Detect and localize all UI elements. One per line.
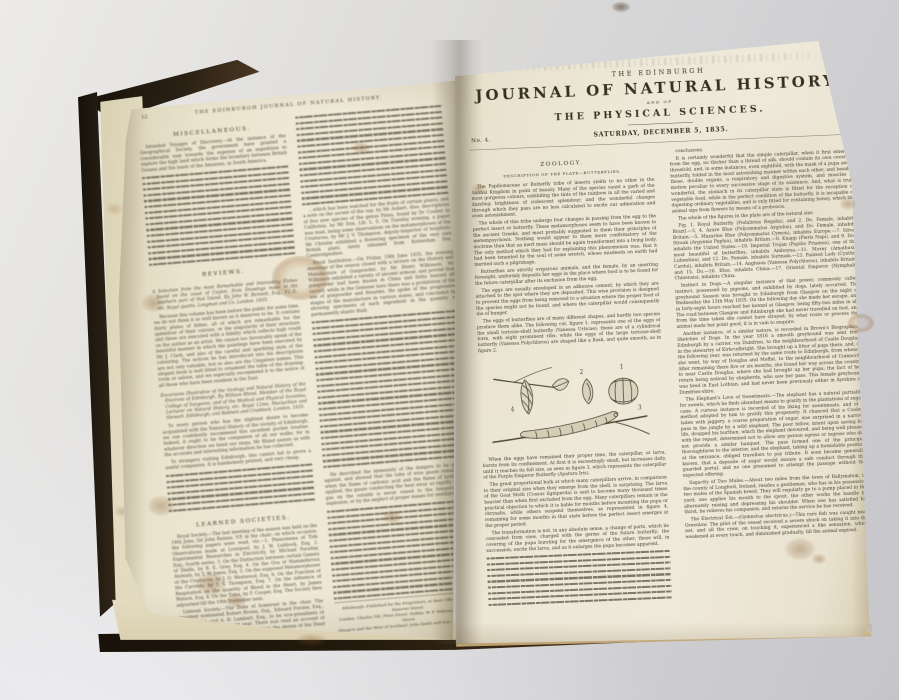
left-page: 12 THE EDINBURGH JOURNAL OF NATURAL HIST… [116,76,458,650]
paragraph: Royal Society.—The last meeting of the s… [171,523,323,609]
illegible-text-block [295,105,448,206]
butterfly-eggs-caterpillar-figure: 4 2 1 3 [484,352,660,452]
paragraph: Because this volume has been before the … [153,303,305,389]
right-page-column-1: ZOOLOGY.DESCRIPTION OF THE PLATE—BUTTERF… [470,150,672,610]
paragraph: The great proportional bulk at which man… [483,475,668,529]
ink-spot [612,2,630,12]
right-page: THE EDINBURGH JOURNAL OF NATURAL HISTORY… [450,36,872,646]
paragraph: The eggs of butterflies are of many diff… [477,312,662,355]
paragraph: Royal Institution.—On Friday, 19th June … [307,249,458,318]
figure-label-1: 1 [619,364,623,371]
photograph-of-open-book: 12 THE EDINBURGH JOURNAL OF NATURAL HIST… [0,0,899,700]
issue-date: SATURDAY, DECEMBER 5, 1835. [593,125,728,138]
paragraph: Fig. 1. Royal Butterfly (Podalirius Rega… [672,216,858,282]
paragraph: Instinct in Dogs.—A singular instance of… [675,276,860,330]
illegible-text-block [142,165,295,266]
paragraph: Another instance, of a similar nature, i… [677,324,863,396]
left-page-content: 12 THE EDINBURGH JOURNAL OF NATURAL HIST… [137,90,484,661]
page-number: 12 [141,114,148,120]
illegible-text-block [166,463,315,515]
left-page-column-2: ...which has been watched for the fruits… [295,103,483,633]
right-page-content: THE EDINBURGH JOURNAL OF NATURAL HISTORY… [466,50,874,640]
issue-number: No. 4. [471,137,491,144]
illegible-text-block [312,310,470,471]
left-page-column-1: MISCELLANEOUS.Intended Voyages of Discov… [138,116,326,646]
figure-label-2: 2 [579,369,583,376]
paragraph: It is certainly wonderful that the simpl… [669,149,855,215]
figure-label-3: 3 [637,404,641,411]
engraving-plate: 4 2 1 3 [484,352,660,452]
illegible-text-block [487,550,673,610]
figure-label-4: 4 [510,406,514,413]
paragraph: Sagacity of Two Mules.—About two miles f… [683,473,868,516]
right-page-column-2: conclusions.It is certainly wonderful th… [669,141,871,601]
masthead: THE EDINBURGH JOURNAL OF NATURAL HISTORY… [466,61,853,151]
paragraph: The Elephant's Love of Sweetmeats.—The e… [680,390,867,479]
paragraph: The Papilionaceae or Butterfly tribe of … [471,177,656,220]
masthead-rule [628,122,693,125]
paragraph: The whole of this tribe undergo four cha… [473,214,658,268]
